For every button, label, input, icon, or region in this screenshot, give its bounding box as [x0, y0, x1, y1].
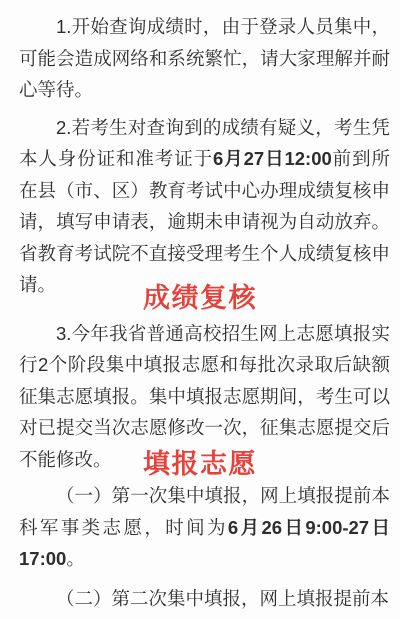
body-text: 。	[66, 548, 85, 569]
announcement-page: 1.开始查询成绩时，由于登录人员集中，可能会造成网络和系统繁忙，请大家理解并耐心…	[0, 0, 400, 619]
paragraph: （二）第二次集中填报，网上填报提前本	[19, 583, 390, 615]
article-body: 1.开始查询成绩时，由于登录人员集中，可能会造成网络和系统繁忙，请大家理解并耐心…	[19, 11, 390, 614]
body-text: （二）第二次集中填报，网上填报提前本	[56, 588, 389, 609]
paragraph: （一）第一次集中填报，网上填报提前本科军事类志愿，时间为6月26日9:00-27…	[19, 480, 390, 575]
paragraph: 2.若考生对查询到的成绩有疑义，考生凭本人身份证和准考证于6月27日12:00前…	[19, 112, 390, 301]
deadline-text: 6月27日12:00	[213, 148, 332, 169]
paragraph: 3.今年我省普通高校招生网上志愿填报实行2个阶段集中填报志愿和每批次录取后缺额征…	[19, 318, 390, 476]
body-text: 3.今年我省普通高校招生网上志愿填报实行2个阶段集中填报志愿和每批次录取后缺额征…	[19, 323, 390, 470]
paragraph: 1.开始查询成绩时，由于登录人员集中，可能会造成网络和系统繁忙，请大家理解并耐心…	[19, 11, 390, 106]
body-text: 前到所在县（市、区）教育考试中心办理成绩复核申请，填写申请表，逾期未申请视为自动…	[19, 148, 390, 295]
body-text: 1.开始查询成绩时，由于登录人员集中，可能会造成网络和系统繁忙，请大家理解并耐心…	[19, 16, 390, 100]
